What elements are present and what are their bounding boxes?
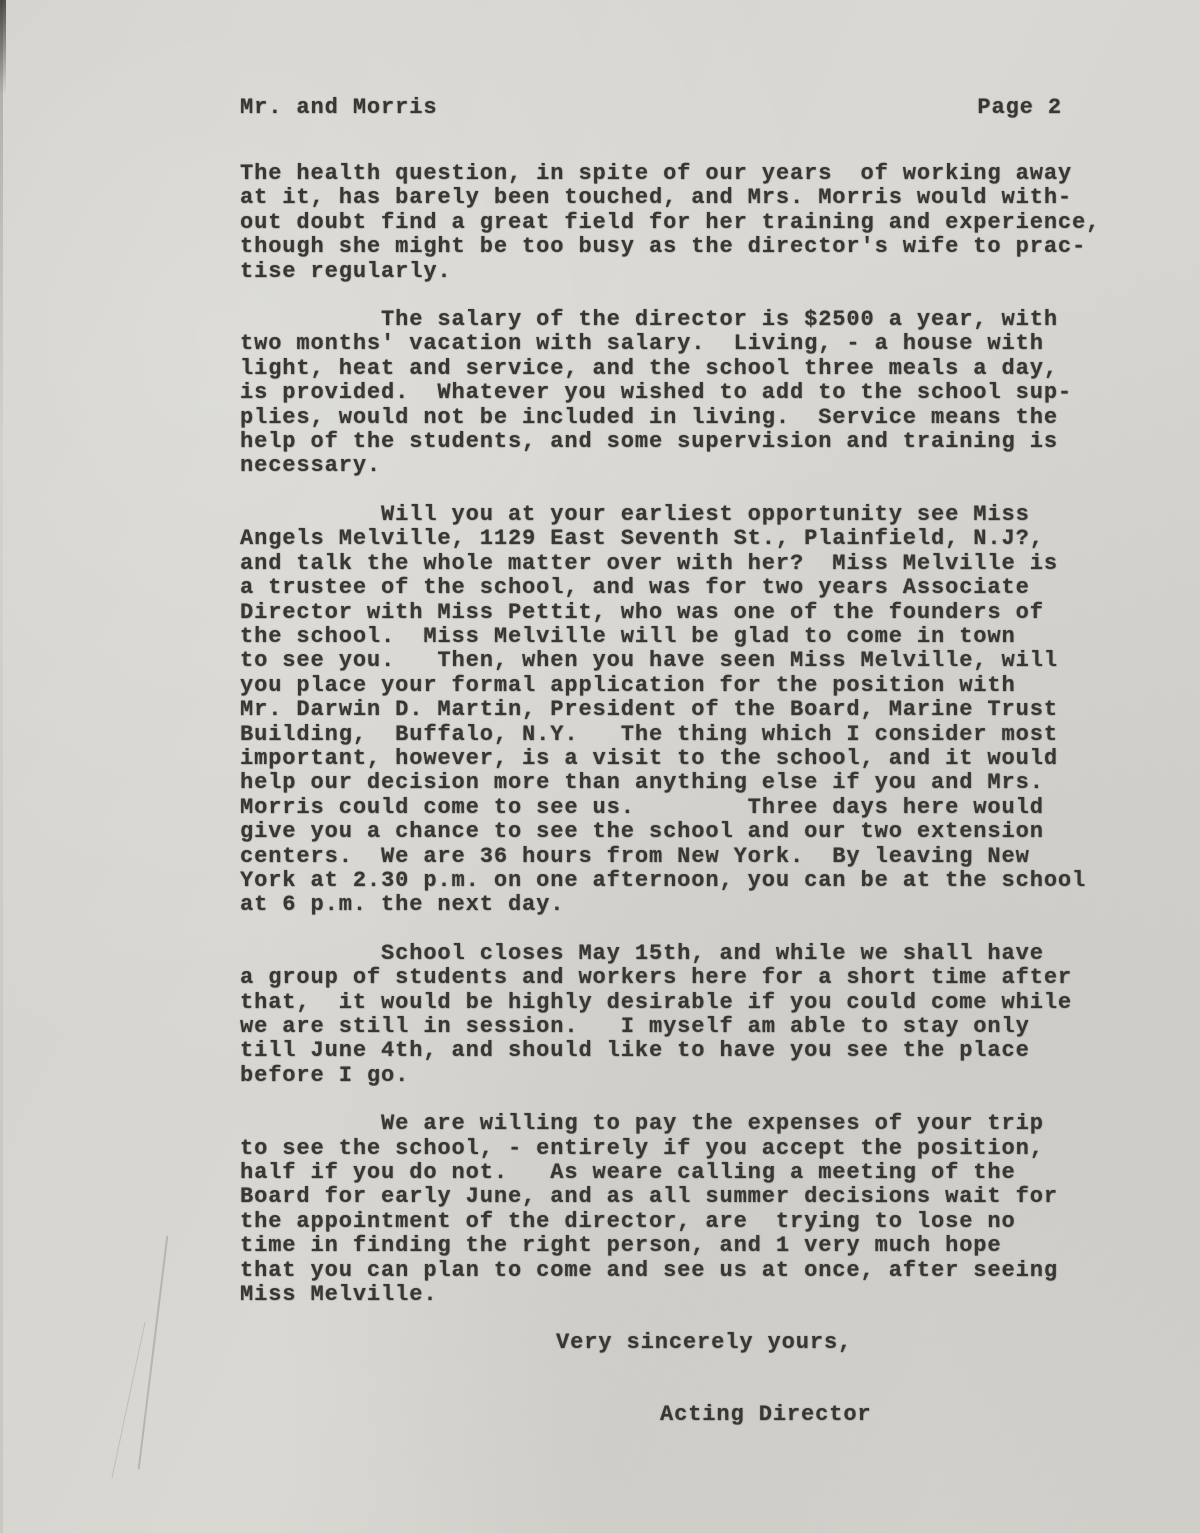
- letter-line: Director with Miss Pettit, who was one o…: [240, 601, 1140, 625]
- letter-line: help our decision more than anything els…: [240, 771, 1140, 795]
- header-recipient: Mr. and Morris: [240, 96, 437, 120]
- letter-line: is provided. Whatever you wished to add …: [240, 381, 1140, 405]
- letter-line: to see you. Then, when you have seen Mis…: [240, 649, 1140, 673]
- paper-crease: [138, 1236, 168, 1469]
- letter-line: to see the school, - entirely if you acc…: [240, 1137, 1140, 1161]
- letter-line: School closes May 15th, and while we sha…: [240, 942, 1140, 966]
- letter-line: at it, has barely been touched, and Mrs.…: [240, 186, 1140, 210]
- letter-line: Mr. Darwin D. Martin, President of the B…: [240, 698, 1140, 722]
- letter-line: centers. We are 36 hours from New York. …: [240, 845, 1140, 869]
- letter-line: the school. Miss Melville will be glad t…: [240, 625, 1140, 649]
- letter-line: the appointment of the director, are try…: [240, 1210, 1140, 1234]
- letter-line: light, heat and service, and the school …: [240, 357, 1140, 381]
- letter-line: a group of students and workers here for…: [240, 966, 1140, 990]
- letter-line: Angels Melville, 1129 East Seventh St., …: [240, 527, 1140, 551]
- letter-body: The health question, in spite of our yea…: [240, 162, 1140, 1427]
- letter-line: necessary.: [240, 454, 1140, 478]
- letter-line: till June 4th, and should like to have y…: [240, 1039, 1140, 1063]
- scan-edge-shadow: [0, 0, 3, 1533]
- letter-line: give you a chance to see the school and …: [240, 820, 1140, 844]
- letter-line: before I go.: [240, 1064, 1140, 1088]
- letter-line: plies, would not be included in living. …: [240, 406, 1140, 430]
- header-page-number: Page 2: [977, 96, 1062, 120]
- letter-line: important, however, is a visit to the sc…: [240, 747, 1140, 771]
- letter-line: We are willing to pay the expenses of yo…: [240, 1112, 1140, 1136]
- paragraph: We are willing to pay the expenses of yo…: [240, 1112, 1140, 1307]
- letter-line: Will you at your earliest opportunity se…: [240, 503, 1140, 527]
- letter-line: two months' vacation with salary. Living…: [240, 332, 1140, 356]
- signature: Acting Director: [240, 1403, 1140, 1427]
- page-header: Mr. and Morris Page 2: [240, 96, 1062, 120]
- letter-line: and talk the whole matter over with her?…: [240, 552, 1140, 576]
- letter-line: Miss Melville.: [240, 1283, 1140, 1307]
- letter-line: though she might be too busy as the dire…: [240, 235, 1140, 259]
- letter-line: that, it would be highly desirable if yo…: [240, 991, 1140, 1015]
- letter-line: at 6 p.m. the next day.: [240, 893, 1140, 917]
- letter-line: a trustee of the school, and was for two…: [240, 576, 1140, 600]
- paragraph: The health question, in spite of our yea…: [240, 162, 1140, 284]
- scan-edge-corner: [0, 0, 6, 95]
- letter-line: that you can plan to come and see us at …: [240, 1259, 1140, 1283]
- letter-page: Mr. and Morris Page 2 The health questio…: [0, 0, 1200, 1533]
- letter-line: help of the students, and some supervisi…: [240, 430, 1140, 454]
- letter-line: out doubt find a great field for her tra…: [240, 211, 1140, 235]
- letter-line: time in finding the right person, and 1 …: [240, 1234, 1140, 1258]
- letter-line: Building, Buffalo, N.Y. The thing which …: [240, 723, 1140, 747]
- closing: Very sincerely yours,: [240, 1331, 1140, 1355]
- letter-line: half if you do not. As weare calling a m…: [240, 1161, 1140, 1185]
- letter-line: you place your formal application for th…: [240, 674, 1140, 698]
- letter-line: tise regularly.: [240, 260, 1140, 284]
- paragraph: The salary of the director is $2500 a ye…: [240, 308, 1140, 479]
- letter-line: Board for early June, and as all summer …: [240, 1185, 1140, 1209]
- letter-line: The health question, in spite of our yea…: [240, 162, 1140, 186]
- paragraph: School closes May 15th, and while we sha…: [240, 942, 1140, 1088]
- letter-line: we are still in session. I myself am abl…: [240, 1015, 1140, 1039]
- paragraph: Will you at your earliest opportunity se…: [240, 503, 1140, 918]
- letter-line: Morris could come to see us. Three days …: [240, 796, 1140, 820]
- letter-line: The salary of the director is $2500 a ye…: [240, 308, 1140, 332]
- paragraphs-container: The health question, in spite of our yea…: [240, 162, 1140, 1307]
- letter-line: York at 2.30 p.m. on one afternoon, you …: [240, 869, 1140, 893]
